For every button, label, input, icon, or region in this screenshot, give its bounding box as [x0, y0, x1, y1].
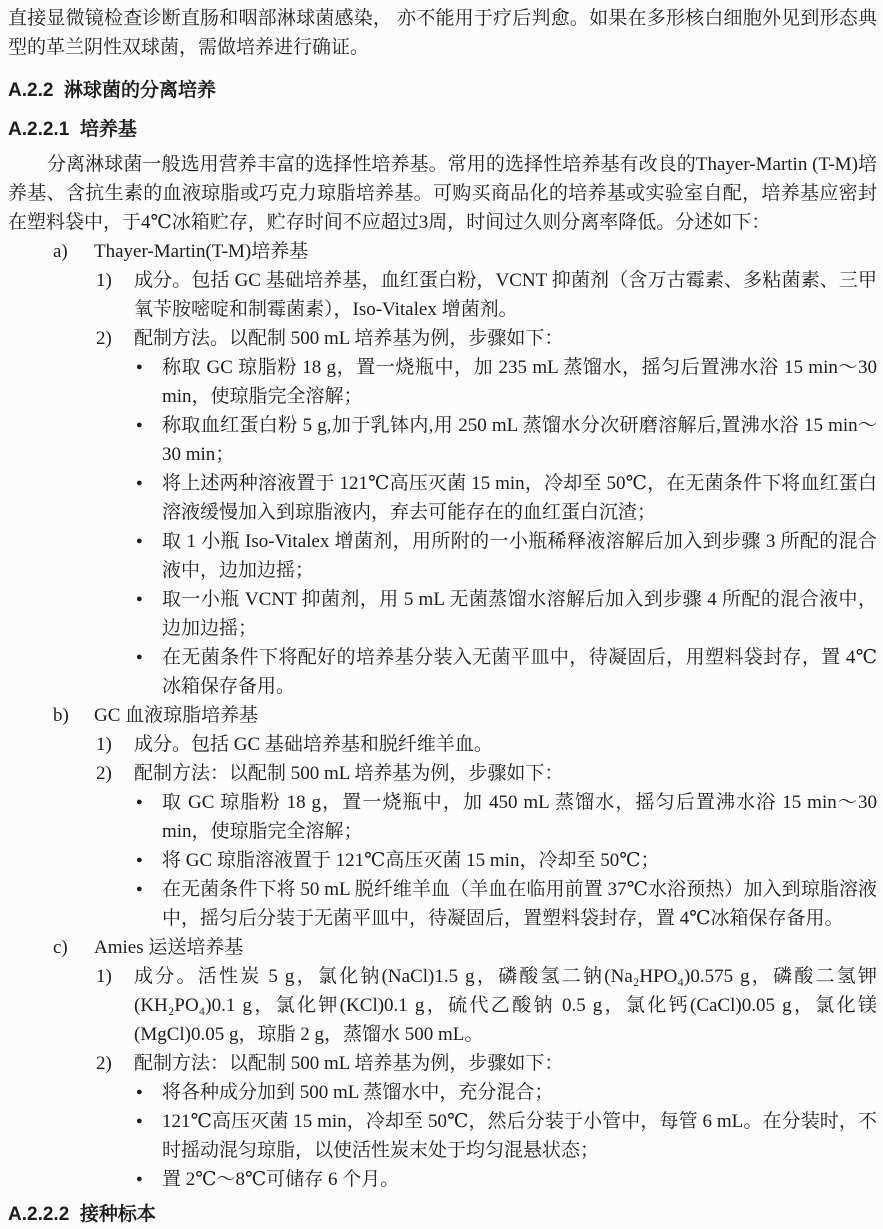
bullet-text: 称取血红蛋白粉 5 g,加于乳钵内,用 250 mL 蒸馏水分次研磨溶解后,置沸… [162, 411, 877, 469]
document-page: 直接显微镜检查诊断直肠和咽部淋球菌感染， 亦不能用于疗后判愈。如果在多形核白细胞… [0, 0, 883, 1229]
bullet-item: ● 121℃高压灭菌 15 min，冷却至 50℃，然后分装于小管中，每管 6 … [8, 1107, 877, 1165]
bullet-text: 取 GC 琼脂粉 18 g，置一烧瓶中，加 450 mL 蒸馏水，摇匀后置沸水浴… [162, 788, 877, 846]
heading-a2-2-2: A.2.2.2 接种标本 [8, 1200, 877, 1229]
step-marker: 2) [96, 1049, 134, 1078]
list-item-b-title: GC 血液琼脂培养基 [94, 701, 877, 730]
step-text: 配制方法：以配制 500 mL 培养基为例，步骤如下： [134, 1049, 877, 1078]
bullet-icon: ● [136, 1078, 162, 1107]
bullet-icon: ● [136, 875, 162, 933]
list-item-c-step-1: 1) 成分。活性炭 5 g，氯化钠(NaCl)1.5 g，磷酸氢二钠(Na₂HP… [8, 962, 877, 1049]
list-item-c: c) Amies 运送培养基 [8, 933, 877, 962]
bullet-icon: ● [136, 788, 162, 846]
bullet-icon: ● [136, 1107, 162, 1165]
bullet-item: ● 在无菌条件下将配好的培养基分装入无菌平皿中，待凝固后，用塑料袋封存，置 4℃… [8, 643, 877, 701]
intro-paragraph: 直接显微镜检查诊断直肠和咽部淋球菌感染， 亦不能用于疗后判愈。如果在多形核白细胞… [8, 4, 877, 62]
bullet-icon: ● [136, 469, 162, 527]
bullet-icon: ● [136, 846, 162, 875]
heading-a2-2-1: A.2.2.1 培养基 [8, 115, 877, 144]
bullet-icon: ● [136, 411, 162, 469]
bullet-item: ● 将 GC 琼脂溶液置于 121℃高压灭菌 15 min，冷却至 50℃； [8, 846, 877, 875]
bullet-icon: ● [136, 353, 162, 411]
heading-a2-2: A.2.2 淋球菌的分离培养 [8, 76, 877, 105]
step-text: 成分。包括 GC 基础培养基，血红蛋白粉，VCNT 抑菌剂（含万古霉素、多粘菌素… [134, 266, 877, 324]
list-item-c-step-2: 2) 配制方法：以配制 500 mL 培养基为例，步骤如下： [8, 1049, 877, 1078]
bullet-item: ● 将各种成分加到 500 mL 蒸馏水中，充分混合； [8, 1078, 877, 1107]
bullet-icon: ● [136, 643, 162, 701]
list-item-a-title: Thayer-Martin(T-M)培养基 [94, 237, 877, 266]
list-item-c-title: Amies 运送培养基 [94, 933, 877, 962]
bullet-text: 取 1 小瓶 Iso-Vitalex 增菌剂，用所附的一小瓶稀释液溶解后加入到步… [162, 527, 877, 585]
step-marker: 1) [96, 962, 134, 1049]
bullet-item: ● 称取 GC 琼脂粉 18 g，置一烧瓶中，加 235 mL 蒸馏水，摇匀后置… [8, 353, 877, 411]
step-marker: 2) [96, 324, 134, 353]
step-marker: 2) [96, 759, 134, 788]
list-item-b: b) GC 血液琼脂培养基 [8, 701, 877, 730]
step-text: 成分。包括 GC 基础培养基和脱纤维羊血。 [134, 730, 877, 759]
bullet-text: 121℃高压灭菌 15 min，冷却至 50℃，然后分装于小管中，每管 6 mL… [162, 1107, 877, 1165]
bullet-text: 将 GC 琼脂溶液置于 121℃高压灭菌 15 min，冷却至 50℃； [162, 846, 877, 875]
list-item-a-step-1: 1) 成分。包括 GC 基础培养基，血红蛋白粉，VCNT 抑菌剂（含万古霉素、多… [8, 266, 877, 324]
list-marker-b: b) [53, 701, 94, 730]
bullet-text: 取一小瓶 VCNT 抑菌剂，用 5 mL 无菌蒸馏水溶解后加入到步骤 4 所配的… [162, 585, 877, 643]
bullet-text: 称取 GC 琼脂粉 18 g，置一烧瓶中，加 235 mL 蒸馏水，摇匀后置沸水… [162, 353, 877, 411]
bullet-item: ● 取 1 小瓶 Iso-Vitalex 增菌剂，用所附的一小瓶稀释液溶解后加入… [8, 527, 877, 585]
list-item-a: a) Thayer-Martin(T-M)培养基 [8, 237, 877, 266]
list-marker-a: a) [53, 237, 94, 266]
bullet-icon: ● [136, 585, 162, 643]
bullet-item: ● 取 GC 琼脂粉 18 g，置一烧瓶中，加 450 mL 蒸馏水，摇匀后置沸… [8, 788, 877, 846]
media-overview-paragraph: 分离淋球菌一般选用营养丰富的选择性培养基。常用的选择性培养基有改良的Thayer… [8, 150, 877, 237]
list-item-a-step-2: 2) 配制方法。以配制 500 mL 培养基为例，步骤如下： [8, 324, 877, 353]
bullet-text: 将上述两种溶液置于 121℃高压灭菌 15 min，冷却至 50℃，在无菌条件下… [162, 469, 877, 527]
list-item-b-step-1: 1) 成分。包括 GC 基础培养基和脱纤维羊血。 [8, 730, 877, 759]
step-text: 配制方法：以配制 500 mL 培养基为例，步骤如下： [134, 759, 877, 788]
bullet-item: ● 取一小瓶 VCNT 抑菌剂，用 5 mL 无菌蒸馏水溶解后加入到步骤 4 所… [8, 585, 877, 643]
list-item-b-step-2: 2) 配制方法：以配制 500 mL 培养基为例，步骤如下： [8, 759, 877, 788]
bullet-text: 将各种成分加到 500 mL 蒸馏水中，充分混合； [162, 1078, 877, 1107]
bullet-text: 在无菌条件下将 50 mL 脱纤维羊血（羊血在临用前置 37℃水浴预热）加入到琼… [162, 875, 877, 933]
list-marker-c: c) [53, 933, 94, 962]
step-text: 成分。活性炭 5 g，氯化钠(NaCl)1.5 g，磷酸氢二钠(Na₂HPO₄)… [134, 962, 877, 1049]
bullet-icon: ● [136, 527, 162, 585]
bullet-item: ● 将上述两种溶液置于 121℃高压灭菌 15 min，冷却至 50℃，在无菌条… [8, 469, 877, 527]
bullet-item: ● 在无菌条件下将 50 mL 脱纤维羊血（羊血在临用前置 37℃水浴预热）加入… [8, 875, 877, 933]
step-marker: 1) [96, 266, 134, 324]
bullet-item: ● 置 2℃～8℃可储存 6 个月。 [8, 1165, 877, 1194]
step-text: 配制方法。以配制 500 mL 培养基为例，步骤如下： [134, 324, 877, 353]
bullet-text: 在无菌条件下将配好的培养基分装入无菌平皿中，待凝固后，用塑料袋封存，置 4℃冰箱… [162, 643, 877, 701]
bullet-item: ● 称取血红蛋白粉 5 g,加于乳钵内,用 250 mL 蒸馏水分次研磨溶解后,… [8, 411, 877, 469]
step-marker: 1) [96, 730, 134, 759]
bullet-icon: ● [136, 1165, 162, 1194]
bullet-text: 置 2℃～8℃可储存 6 个月。 [162, 1165, 877, 1194]
